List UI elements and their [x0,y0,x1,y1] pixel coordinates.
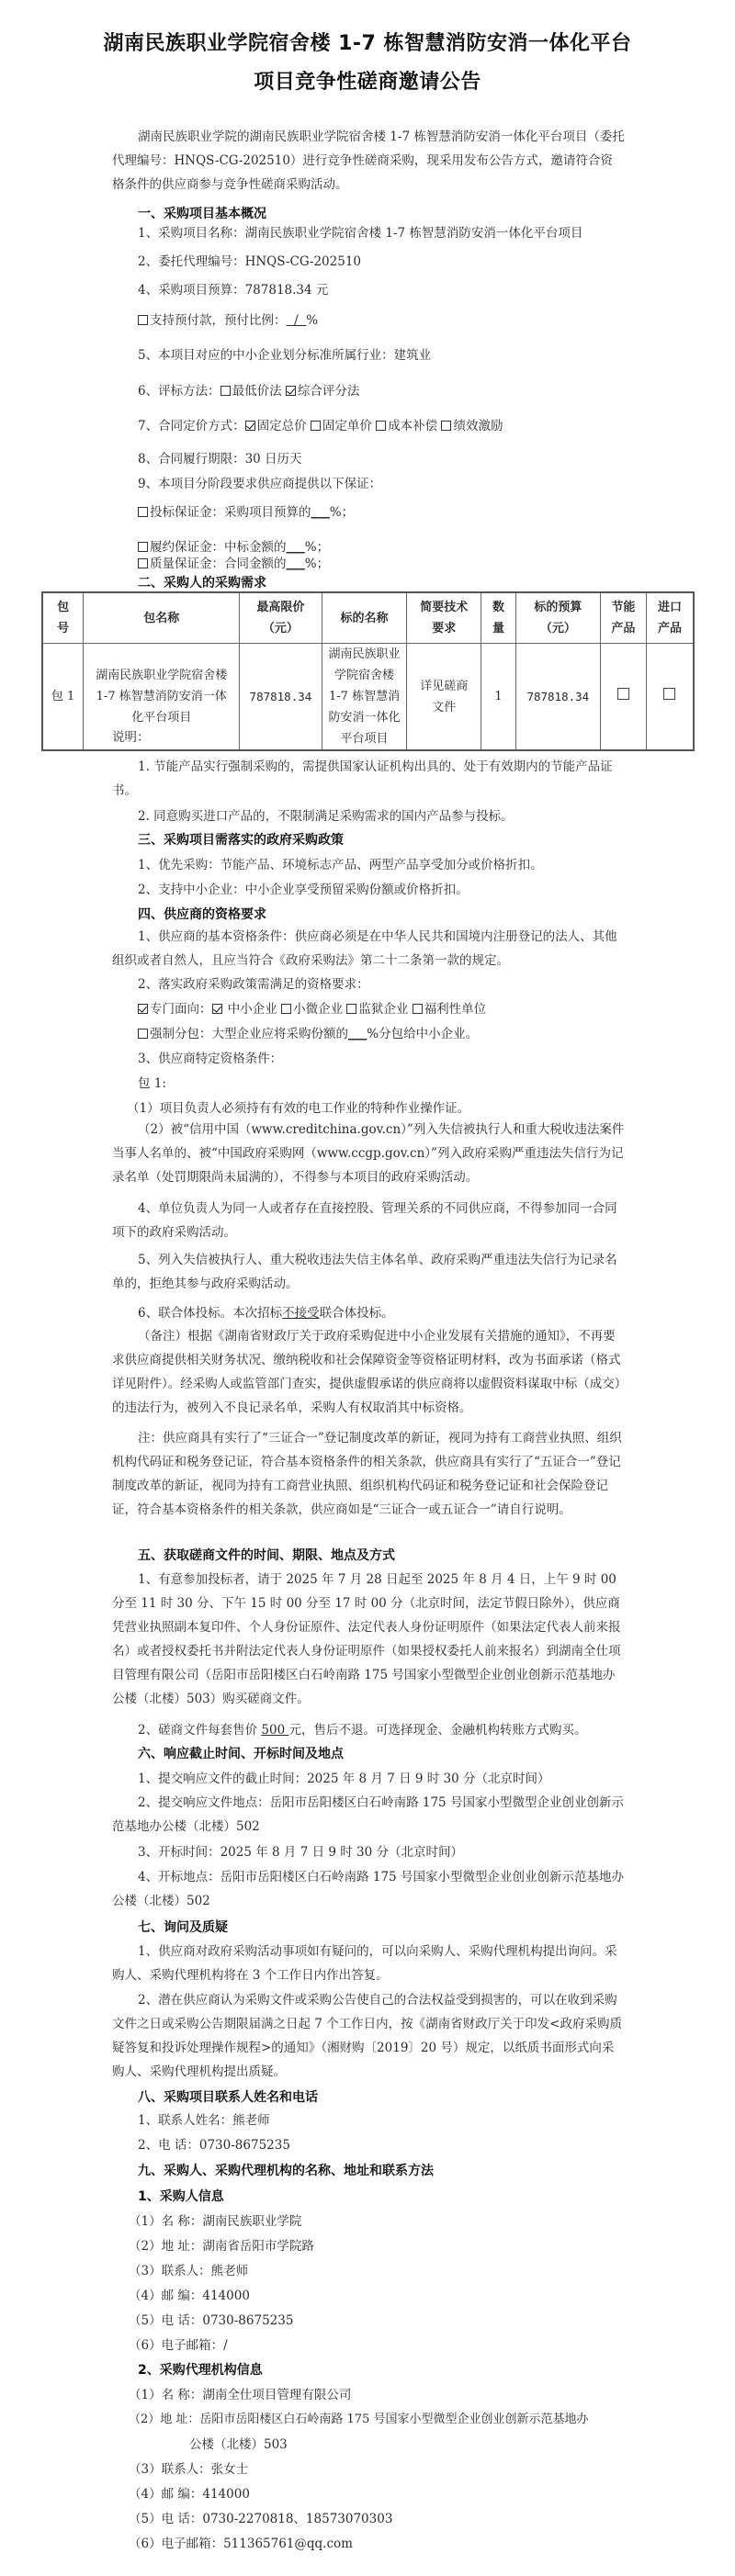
s3-item1: 1、优先采购：节能产品、环境标志产品、两型产品享受加分或价格折扣。 [138,854,634,876]
bid-bond-blank: ___ [311,505,330,520]
s6-item2: 2、提交响应文件地点：岳阳市岳阳楼区白石岭南路 175 号国家小型微型企业创业创… [112,1791,625,1839]
comprehensive-score-checkbox[interactable] [286,386,296,396]
prepay-label: 支持预付款，预付比例： [150,313,287,328]
s1-item6-eval-method: 6、评标方法：最低价法 综合评分法 [138,380,634,402]
s4-item4: 4、单位负责人为同一人或者存在直接控股、管理关系的不同供应商，不得参加同一合同项… [112,1197,625,1244]
section2-heading: 二、采购人的采购需求 [138,573,266,591]
s7-item2: 2、潜在供应商认为采购文件或采购公告使自己的合法权益受到损害的，可以在收到采购文… [112,1988,625,2084]
document-title-line1: 湖南民族职业学院宿舍楼 1-7 栋智慧消防安消一体化平台 [0,28,735,56]
dedicated-row: 专门面向： 中小企业 小微企业 监狱企业 福利性单位 [138,998,634,1020]
s5-item2-prefix: 2、磋商文件每套售价 [138,1723,261,1738]
agency-email: （6）电子邮箱：511365761@qq.com [129,2533,625,2555]
s4-item6-prefix: 6、联合体投标。本次招标 [138,1306,282,1321]
section3-heading: 三、采购项目需落实的政府采购政策 [138,830,344,849]
eval-method-label: 6、评标方法： [138,384,220,399]
imported-checkbox[interactable] [663,688,675,700]
quality-bond-checkbox[interactable] [138,558,148,568]
purchaser-name: （1）名 称：湖南民族职业学院 [129,2210,625,2233]
bid-bond-row: 投标保证金：采购项目预算的___%； [138,501,634,523]
purchaser-postcode: （4）邮 编：414000 [129,2285,625,2307]
fixed-total-checkbox[interactable] [245,421,255,431]
prison-enterprise-checkbox[interactable] [346,1004,356,1014]
bid-bond-checkbox[interactable] [138,507,148,517]
s1-item8-term: 8、合同履行期限：30 日历天 [138,448,634,470]
lowest-price-label: 最低价法 [232,384,282,399]
s4-item3: 3、供应商特定资格条件： [138,1048,634,1070]
col-tech-req: 简要技术要求 [407,592,481,644]
quality-bond-row: 质量保证金：合同金额的___%； [138,553,634,575]
agency-heading: 2、采购代理机构信息 [138,2360,263,2379]
s5-item1: 1、有意参加投标者，请于 2025 年 7 月 28 日起至 2025 年 8 … [112,1568,625,1711]
s6-item4: 4、开标地点：岳阳市岳阳楼区白石岭南路 175 号国家小型微型企业创业创新示范基… [112,1865,625,1913]
s4-item2: 2、落实政府采购政策需满足的资格要求： [138,973,634,996]
s1-item4-budget: 4、采购项目预算：787818.34 元 [138,279,634,301]
document-page: 湖南民族职业学院宿舍楼 1-7 栋智慧消防安消一体化平台 项目竞争性磋商邀请公告… [0,0,735,2576]
agency-phone: （5）电 话：0730-2270818、18573070303 [129,2508,625,2530]
col-package-no: 包号 [42,592,84,644]
package-label: 包 1: [138,1073,634,1095]
document-title-line2: 项目竞争性磋商邀请公告 [0,66,735,95]
s4-req2: （2）被“信用中国（www.creditchina.gov.cn）”列入失信被执… [112,1118,625,1189]
prepay-checkbox[interactable] [138,315,148,325]
agency-contact: （3）联系人：张女士 [129,2458,625,2480]
sme-checkbox[interactable] [212,1004,222,1014]
s1-item9-guarantees: 9、本项目分阶段要求供应商提供以下保证： [138,473,634,495]
s1-item1-project-name: 1、采购项目名称：湖南民族职业学院宿舍楼 1-7 栋智慧消防安消一体化平台项目 [138,222,634,244]
quality-bond-blank: ___ [287,557,305,571]
col-package-name: 包名称 [84,592,240,644]
table-header-row: 包号 包名称 最高限价（元） 标的名称 简要技术要求 数量 标的预算（元） 节能… [42,592,694,644]
section4-heading: 四、供应商的资格要求 [138,905,266,923]
s4-remark: （备注）根据《湖南省财政厅关于政府采购促进中小企业发展有关措施的通知》，不再要求… [112,1324,625,1420]
prepay-value: / [287,313,307,328]
col-subject-budget: 标的预算（元） [515,592,600,644]
cell-package-no: 包 1 [42,644,84,751]
fixed-unit-checkbox[interactable] [311,421,321,431]
dedicated-checkbox[interactable] [138,1004,148,1014]
s4-item6-suffix: 联合体投标。 [320,1306,394,1321]
cell-imported [646,644,694,751]
section5-heading: 五、获取磋商文件的时间、期限、地点及方式 [138,1546,395,1564]
comprehensive-score-label: 综合评分法 [298,384,360,399]
purchaser-heading: 1、采购人信息 [138,2187,224,2205]
performance-incentive-checkbox[interactable] [441,421,451,431]
purchaser-contact: （3）联系人：熊老师 [129,2260,625,2282]
subcontract-text: 强制分包：大型企业应将采购份额的 [150,1027,348,1041]
s6-item1: 1、提交响应文件的截止时间：2025 年 8 月 7 日 9 时 30 分（北京… [138,1768,634,1790]
agency-address-line1: （2）地 址：岳阳市岳阳楼区白石岭南路 175 号国家小型微型企业创业创新示范基… [129,2409,625,2431]
agency-address-line2: 公楼（北楼）503 [189,2434,685,2456]
s3-item2: 2、支持中小企业：中小企业享受预留采购份额或价格折扣。 [138,879,634,901]
prepay-unit: % [306,313,318,328]
s8-item1: 1、联系人姓名：熊老师 [138,2109,634,2132]
small-micro-label: 小微企业 [293,1002,343,1017]
dedicated-label: 专门面向： [150,1002,212,1017]
s6-item3: 3、开标时间：2025 年 8 月 7 日 9 时 30 分（北京时间） [138,1841,634,1863]
s1-item5-industry: 5、本项目对应的中小企业划分标准所属行业：建筑业 [138,344,634,366]
fixed-unit-label: 固定单价 [322,419,372,433]
lowest-price-checkbox[interactable] [220,386,231,396]
performance-incentive-label: 绩效激励 [453,419,503,433]
note-1: 1. 节能产品实行强制采购的，需提供国家认证机构出具的、处于有效期内的节能产品证… [112,755,625,803]
note-2: 2. 同意购买进口产品的，不限制满足采购需求的国内产品参与投标。 [112,804,625,828]
fixed-total-label: 固定总价 [257,419,307,433]
prison-enterprise-label: 监狱企业 [358,1002,408,1017]
s8-item2: 2、电 话：0730-8675235 [138,2134,634,2156]
s4-item5: 5、列入失信被执行人、重大税收违法失信主体名单、政府采购严重违法失信行为记录名单… [112,1248,625,1296]
col-imported: 进口产品 [646,592,694,644]
s4-req1: （1）项目负责人必须持有有效的电工作业的特种作业操作证。 [127,1097,623,1119]
intro-paragraph: 湖南民族职业学院的湖南民族职业学院宿舍楼 1-7 栋智慧消防安消一体化平台项目（… [112,125,625,197]
s7-item1: 1、供应商对政府采购活动事项如有疑问的，可以向采购人、采购代理机构提出询问。采购… [112,1940,625,1987]
s1-item2-agency-code: 2、委托代理编号：HNQS-CG-202510 [138,251,634,273]
quality-bond-label: 质量保证金：合同金额的 [150,557,287,571]
purchaser-address: （2）地 址：湖南省岳阳市学院路 [129,2235,625,2257]
section7-heading: 七、询问及质疑 [138,1918,228,1936]
purchaser-email: （6）电子邮箱：/ [129,2334,625,2357]
col-max-price: 最高限价（元） [240,592,322,644]
s5-item2: 2、磋商文件每套售价 500 元，售后不退。可选择现金、金融机构转账方式购买。 [138,1719,634,1741]
small-micro-checkbox[interactable] [281,1004,291,1014]
subcontract-row: 强制分包：大型企业应将采购份额的___%分包给中小企业。 [138,1023,634,1045]
section6-heading: 六、响应截止时间、开标时间及地点 [138,1744,344,1762]
s4-item1: 1、供应商的基本资格条件：供应商必须是在中华人民共和国境内注册登记的法人、其他组… [112,925,625,973]
pricing-label: 7、合同定价方式： [138,419,245,433]
bid-bond-suffix: %； [330,505,354,520]
s4-item6: 6、联合体投标。本次招标不接受联合体投标。 [138,1302,634,1324]
notes-label: 说明： [112,726,625,749]
subcontract-suffix: %分包给中小企业。 [367,1027,478,1041]
subcontract-checkbox[interactable] [138,1029,148,1039]
col-energy-saving: 节能产品 [600,592,646,644]
s4-item6-underlined: 不接受 [282,1306,320,1321]
cost-comp-label: 成本补偿 [388,419,437,433]
agency-name: （1）名 称：湖南全仕项目管理有限公司 [129,2384,625,2406]
s1-prepay-row: 支持预付款，预付比例： / % [138,309,634,332]
purchaser-phone: （5）电 话：0730-8675235 [129,2310,625,2332]
section1-heading: 一、采购项目基本概况 [138,204,266,222]
subcontract-blank: ___ [348,1027,367,1041]
performance-bond-checkbox[interactable] [138,542,148,552]
agency-postcode: （4）邮 编：414000 [129,2483,625,2505]
cost-comp-checkbox[interactable] [376,421,386,431]
section9-heading: 九、采购人、采购代理机构的名称、地址和联系方法 [138,2161,434,2179]
welfare-unit-label: 福利性单位 [424,1002,487,1017]
sme-label: 中小企业 [224,1002,277,1017]
quality-bond-suffix: %； [305,557,329,571]
col-quantity: 数量 [481,592,515,644]
bid-bond-label: 投标保证金：采购项目预算的 [150,505,311,520]
s5-item2-price: 500 [261,1723,288,1738]
section8-heading: 八、采购项目联系人姓名和电话 [138,2087,318,2106]
s1-item7-pricing: 7、合同定价方式：固定总价 固定单价 成本补偿 绩效激励 [138,415,634,437]
s4-note: 注：供应商具有实行了“三证合一”登记制度改革的新证，视同为持有工商营业执照、组织… [112,1426,625,1522]
s5-item2-suffix: 元，售后不退。可选择现金、金融机构转账方式购买。 [288,1723,586,1738]
energy-saving-checkbox[interactable] [617,688,629,700]
welfare-unit-checkbox[interactable] [413,1004,423,1014]
col-subject-name: 标的名称 [322,592,407,644]
